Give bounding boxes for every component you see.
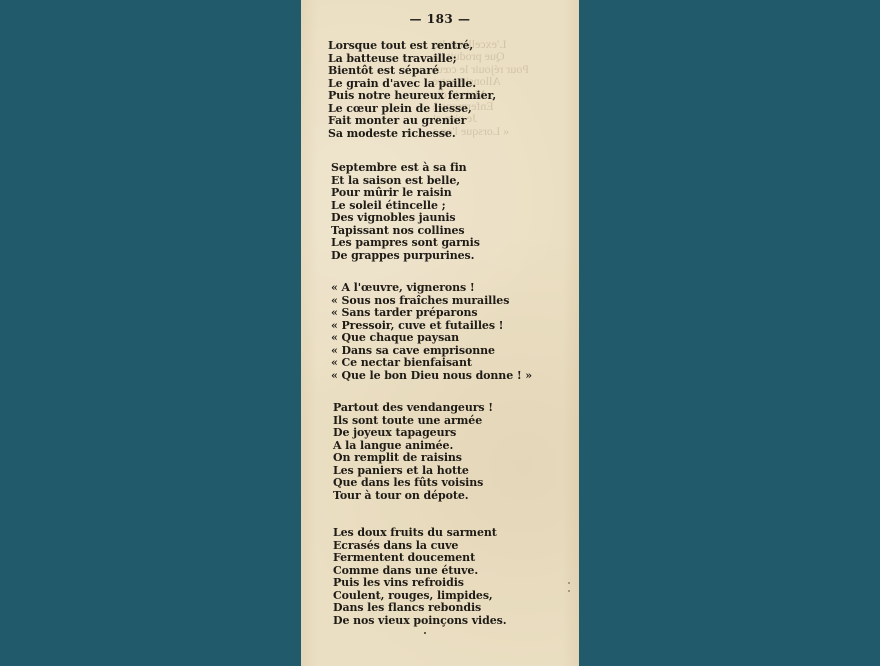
image-viewer: L'excellente liq Que produit na Pour réj… — [0, 0, 880, 666]
poem-line: Les doux fruits du sarment — [333, 527, 506, 540]
poem-line: Pour mûrir le raisin — [331, 187, 480, 200]
poem-line: « Ce nectar bienfaisant — [331, 357, 532, 370]
stanza-3: « A l'œuvre, vignerons ! « Sous nos fraî… — [331, 282, 532, 382]
stanza-2: Septembre est à sa fin Et la saison est … — [331, 162, 480, 262]
poem-line: « Sans tarder préparons — [331, 307, 532, 320]
poem-line: Dans les flancs rebondis — [333, 602, 506, 615]
ink-speck — [568, 590, 570, 592]
poem-line: « A l'œuvre, vignerons ! — [331, 282, 532, 295]
scanned-page: L'excellente liq Que produit na Pour réj… — [301, 0, 579, 666]
poem-line: Fait monter au grenier — [328, 115, 496, 128]
poem-line: Tour à tour on dépote. — [333, 490, 493, 503]
poem-line: Partout des vendangeurs ! — [333, 402, 493, 415]
poem-line: De nos vieux poinçons vides. — [333, 615, 506, 628]
stanza-1: Lorsque tout est rentré, La batteuse tra… — [328, 40, 496, 140]
ink-speck — [424, 632, 426, 634]
page-number: — 183 — — [301, 12, 579, 26]
poem-line: Lorsque tout est rentré, — [328, 40, 496, 53]
poem-line: Puis notre heureux fermier, — [328, 90, 496, 103]
poem-line: Sa modeste richesse. — [328, 128, 496, 141]
stanza-5: Les doux fruits du sarment Ecrasés dans … — [333, 527, 506, 627]
poem-line: Puis les vins refroidis — [333, 577, 506, 590]
poem-line: Des vignobles jaunis — [331, 212, 480, 225]
poem-line: Que dans les fûts voisins — [333, 477, 493, 490]
poem-line: Septembre est à sa fin — [331, 162, 480, 175]
poem-line: On remplit de raisins — [333, 452, 493, 465]
poem-line: Bientôt est séparé — [328, 65, 496, 78]
poem-line: De joyeux tapageurs — [333, 427, 493, 440]
ink-speck — [568, 582, 570, 584]
poem-line: De grappes purpurines. — [331, 250, 480, 263]
poem-line: Fermentent doucement — [333, 552, 506, 565]
poem-line: « Que le bon Dieu nous donne ! » — [331, 370, 532, 383]
poem-line: Les pampres sont garnis — [331, 237, 480, 250]
poem-line: « Que chaque paysan — [331, 332, 532, 345]
stanza-4: Partout des vendangeurs ! Ils sont toute… — [333, 402, 493, 502]
